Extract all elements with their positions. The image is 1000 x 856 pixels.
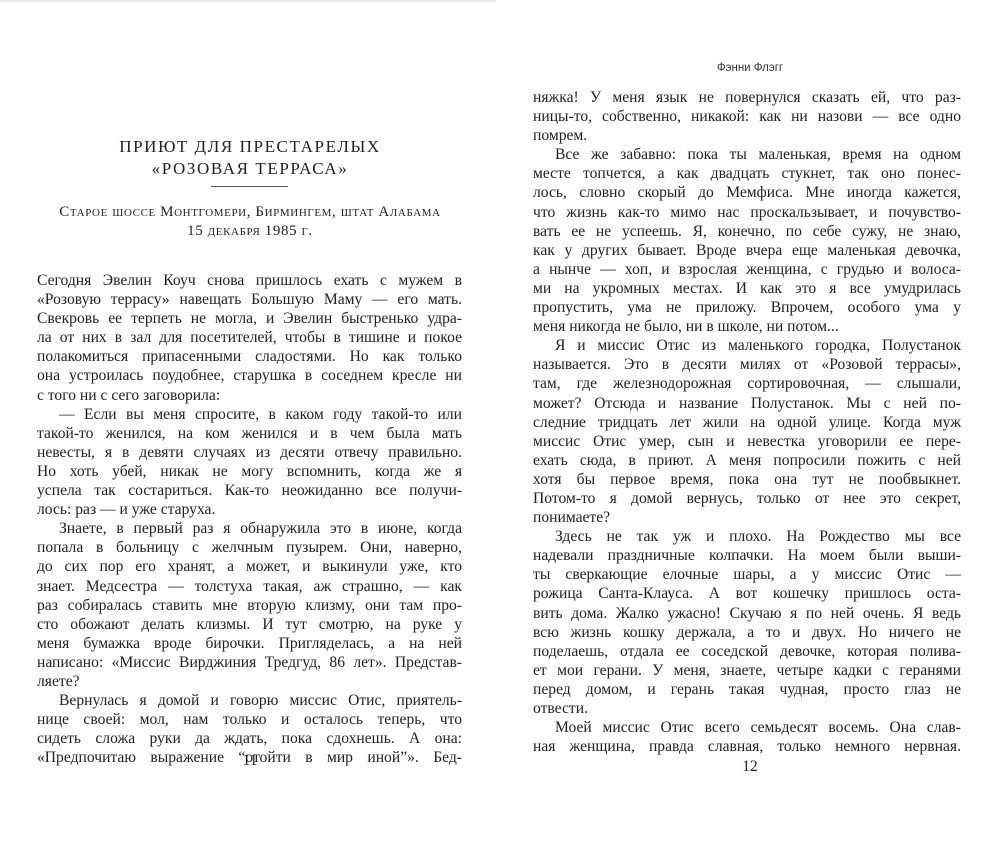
- text-line: успела так состариться. Как-то неожиданн…: [37, 481, 462, 500]
- text-line: а нынче — хоп, и взрослая женщина, с гру…: [533, 260, 961, 279]
- text-line: помрем.: [533, 126, 961, 145]
- text-line: полакомиться припасенными сладостями. Но…: [37, 347, 462, 366]
- text-line: с того ни с сего заговорила:: [37, 386, 462, 405]
- text-line: сто обожают делать клизмы. И тут смотрю,…: [37, 615, 462, 634]
- text-line: следние тридцать лет жили на одной улице…: [533, 413, 961, 432]
- left-page: ПРИЮТ ДЛЯ ПРЕСТАРЕЛЫХ «РОЗОВАЯ ТЕРРАСА» …: [0, 0, 500, 856]
- text-line: Свекровь ее терпеть не могла, и Эвелин б…: [37, 309, 462, 328]
- text-line: ет мои герани. У меня, знаете, четыре ка…: [533, 661, 961, 680]
- date-line: 15 декабря 1985 г.: [0, 222, 500, 241]
- text-line: до сих пор его хранят, а может, и выкину…: [37, 557, 462, 576]
- body-text: няжка! У меня язык не повернулся сказать…: [533, 88, 961, 756]
- text-line: как у других бывает. Вроде вчера еще мал…: [533, 241, 961, 260]
- text-line: ехать сюда, в приют. А меня попросили по…: [533, 451, 961, 470]
- text-line: ла от них в зал для посетителей, чтобы в…: [37, 328, 462, 347]
- text-line: пропустить, ума не приложу. Впрочем, осо…: [533, 298, 961, 317]
- text-line: ницы-то, собственно, никакой: как ни наз…: [533, 107, 961, 126]
- text-line: раз собиралась ставить мне вторую клизму…: [37, 596, 462, 615]
- text-line: понимаете?: [533, 508, 961, 527]
- text-line: Знаете, в первый раз я обнаружила это в …: [37, 519, 462, 538]
- text-line: написано: «Миссис Вирджиния Тредгуд, 86 …: [37, 653, 462, 672]
- text-line: отвести.: [533, 699, 961, 718]
- text-line: Сегодня Эвелин Коуч снова пришлось ехать…: [37, 271, 462, 290]
- text-line: ми на укромных местах. И как это я все у…: [533, 279, 961, 298]
- running-head-author: Фэнни Флэгг: [500, 62, 1000, 74]
- text-line: что жизнь как-то мимо нас проскальзывает…: [533, 203, 961, 222]
- text-line: ляете?: [37, 672, 462, 691]
- text-line: «Розовую террасу» навещать Большую Маму …: [37, 290, 462, 309]
- text-line: Но хоть убей, никак не могу вспомнить, к…: [37, 462, 462, 481]
- text-line: знает. Медсестра — толстуха такая, аж ст…: [37, 577, 462, 596]
- text-line: надевали праздничные колпачки. На моем б…: [533, 546, 961, 565]
- text-line: Все же забавно: пока ты маленькая, время…: [533, 145, 961, 164]
- right-page: Фэнни Флэгг няжка! У меня язык не поверн…: [500, 0, 1000, 856]
- text-line: ная женщина, правда славная, только немн…: [533, 737, 961, 756]
- page-number: 11: [0, 752, 500, 770]
- text-line: ты сверкающие елочные шары, а у миссис О…: [533, 565, 961, 584]
- text-line: Вернулась я домой и говорю миссис Отис, …: [37, 691, 462, 710]
- text-line: Здесь не так уж и плохо. На Рождество мы…: [533, 527, 961, 546]
- chapter-title-line-1: ПРИЮТ ДЛЯ ПРЕСТАРЕЛЫХ: [0, 136, 500, 158]
- text-line: может? Отсюда и название Полустанок. Мы …: [533, 394, 961, 413]
- text-line: невесты, я в девяти случаях из десяти от…: [37, 443, 462, 462]
- text-line: лось: раз — и уже старуха.: [37, 500, 462, 519]
- text-line: называется. Это в десяти милях от «Розов…: [533, 355, 961, 374]
- chapter-title-line-2: «РОЗОВАЯ ТЕРРАСА»: [0, 158, 500, 180]
- text-line: лось, словно скорый до Мемфиса. Мне иног…: [533, 183, 961, 202]
- text-line: Моей миссис Отис всего семьдесят восемь.…: [533, 718, 961, 737]
- text-line: вать ее не успеешь. Я, конечно, по себе …: [533, 222, 961, 241]
- text-line: нице своей: мол, нам только и осталось т…: [37, 710, 462, 729]
- text-line: няжка! У меня язык не повернулся сказать…: [533, 88, 961, 107]
- text-line: меня бумажка вроде бирочки. Пригляделась…: [37, 634, 462, 653]
- text-line: она устроилась поудобнее, старушка в сос…: [37, 366, 462, 385]
- text-line: месте топчется, а как двадцать стукнет, …: [533, 164, 961, 183]
- title-divider: [211, 186, 288, 187]
- text-line: миссис Отис умер, сын и невестка уговори…: [533, 432, 961, 451]
- text-line: — Если вы меня спросите, в каком году та…: [37, 405, 462, 424]
- text-line: перед домом, и герань такая чудная, прос…: [533, 680, 961, 699]
- text-line: такой-то женился, на ком женился и в чем…: [37, 424, 462, 443]
- text-line: Я и миссис Отис из маленького городка, П…: [533, 336, 961, 355]
- text-line: вить дома. Жалко ужасно! Скучаю я по ней…: [533, 604, 961, 623]
- text-line: меня никогда не было, ни в школе, ни пот…: [533, 317, 961, 336]
- body-text: Сегодня Эвелин Коуч снова пришлось ехать…: [37, 271, 462, 767]
- page-number: 12: [500, 758, 1000, 776]
- text-line: всю жизнь кошку держала, а то и двух. Но…: [533, 623, 961, 642]
- text-line: рожица Санта-Клауса. А вот кошечку пришл…: [533, 584, 961, 603]
- location-line: Старое шоссе Монтгомери, Бирмингем, штат…: [0, 203, 500, 222]
- text-line: хотя бы первое время, пока она тут не по…: [533, 470, 961, 489]
- text-line: поделаешь, отдала ее соседской девочке, …: [533, 642, 961, 661]
- text-line: Потом-то я домой вернусь, только от нее …: [533, 489, 961, 508]
- text-line: сидеть сложа руки да ждать, пока сдохнеш…: [37, 729, 462, 748]
- text-line: там, где железнодорожная сортировочная, …: [533, 374, 961, 393]
- text-line: попала в больницу с желчным пузырем. Они…: [37, 538, 462, 557]
